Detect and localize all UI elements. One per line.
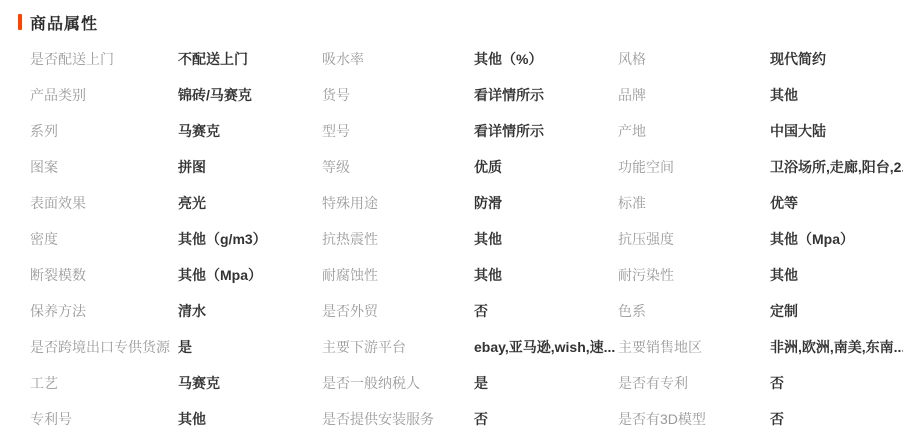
attribute-value: 其他（Mpa） xyxy=(178,265,322,285)
attribute-label: 是否有专利 xyxy=(618,373,770,393)
attribute-value: 否 xyxy=(770,373,903,393)
attribute-label: 密度 xyxy=(30,229,178,249)
attribute-label: 产品类别 xyxy=(30,85,178,105)
attribute-value: 不配送上门 xyxy=(178,49,322,69)
attribute-value: 拼图 xyxy=(178,157,322,177)
attribute-label: 吸水率 xyxy=(322,49,474,69)
attribute-value: 优质 xyxy=(474,157,618,177)
attribute-label: 主要销售地区 xyxy=(618,337,770,357)
attribute-value: 马赛克 xyxy=(178,121,322,141)
attribute-value: 其他（Mpa） xyxy=(770,229,903,249)
attributes-table: 是否配送上门不配送上门吸水率其他（%）风格现代简约产品类别锦砖/马赛克货号看详情… xyxy=(0,41,911,437)
section-header: 商品属性 xyxy=(0,0,911,33)
attribute-value: ebay,亚马逊,wish,速... xyxy=(474,337,618,357)
attribute-label: 品牌 xyxy=(618,85,770,105)
attribute-label: 型号 xyxy=(322,121,474,141)
attribute-value: 中国大陆 xyxy=(770,121,903,141)
attribute-value: 看详情所示 xyxy=(474,85,618,105)
attribute-label: 功能空间 xyxy=(618,157,770,177)
attribute-label: 耐污染性 xyxy=(618,265,770,285)
attribute-label: 产地 xyxy=(618,121,770,141)
accent-bar xyxy=(18,14,22,30)
attribute-value: 否 xyxy=(770,409,903,429)
attribute-label: 断裂模数 xyxy=(30,265,178,285)
attribute-label: 色系 xyxy=(618,301,770,321)
attribute-value: 优等 xyxy=(770,193,903,213)
attribute-label: 抗压强度 xyxy=(618,229,770,249)
attribute-value: 其他 xyxy=(770,265,903,285)
attribute-label: 标准 xyxy=(618,193,770,213)
attribute-label: 表面效果 xyxy=(30,193,178,213)
attribute-value: 是 xyxy=(178,337,322,357)
attribute-value: 其他 xyxy=(770,85,903,105)
attribute-label: 风格 xyxy=(618,49,770,69)
attribute-label: 专利号 xyxy=(30,409,178,429)
section-title: 商品属性 xyxy=(30,11,98,34)
attribute-value: 亮光 xyxy=(178,193,322,213)
attribute-value: 防滑 xyxy=(474,193,618,213)
attribute-label: 耐腐蚀性 xyxy=(322,265,474,285)
attribute-value: 其他（g/m3） xyxy=(178,229,322,249)
attribute-value: 否 xyxy=(474,301,618,321)
attribute-value: 非洲,欧洲,南美,东南... xyxy=(770,337,903,357)
attribute-label: 是否配送上门 xyxy=(30,49,178,69)
attribute-value: 现代简约 xyxy=(770,49,903,69)
attribute-value: 锦砖/马赛克 xyxy=(178,85,322,105)
attribute-label: 是否外贸 xyxy=(322,301,474,321)
attribute-label: 货号 xyxy=(322,85,474,105)
attribute-value: 卫浴场所,走廊,阳台,2... xyxy=(770,157,903,177)
attribute-value: 是 xyxy=(474,373,618,393)
attribute-value: 其他 xyxy=(474,229,618,249)
attribute-label: 是否提供安装服务 xyxy=(322,409,474,429)
attribute-label: 抗热震性 xyxy=(322,229,474,249)
attribute-value: 否 xyxy=(474,409,618,429)
product-attributes-section: 商品属性 是否配送上门不配送上门吸水率其他（%）风格现代简约产品类别锦砖/马赛克… xyxy=(0,0,911,437)
attribute-label: 特殊用途 xyxy=(322,193,474,213)
attribute-value: 其他（%） xyxy=(474,49,618,69)
attribute-label: 图案 xyxy=(30,157,178,177)
attribute-label: 工艺 xyxy=(30,373,178,393)
attribute-value: 其他 xyxy=(474,265,618,285)
attribute-value: 看详情所示 xyxy=(474,121,618,141)
attribute-value: 马赛克 xyxy=(178,373,322,393)
attribute-label: 是否一般纳税人 xyxy=(322,373,474,393)
attribute-label: 是否有3D模型 xyxy=(618,409,770,429)
attribute-label: 等级 xyxy=(322,157,474,177)
attribute-value: 清水 xyxy=(178,301,322,321)
attribute-label: 保养方法 xyxy=(30,301,178,321)
attribute-label: 主要下游平台 xyxy=(322,337,474,357)
attribute-label: 是否跨境出口专供货源 xyxy=(30,337,178,357)
attribute-label: 系列 xyxy=(30,121,178,141)
attribute-value: 定制 xyxy=(770,301,903,321)
attribute-value: 其他 xyxy=(178,409,322,429)
